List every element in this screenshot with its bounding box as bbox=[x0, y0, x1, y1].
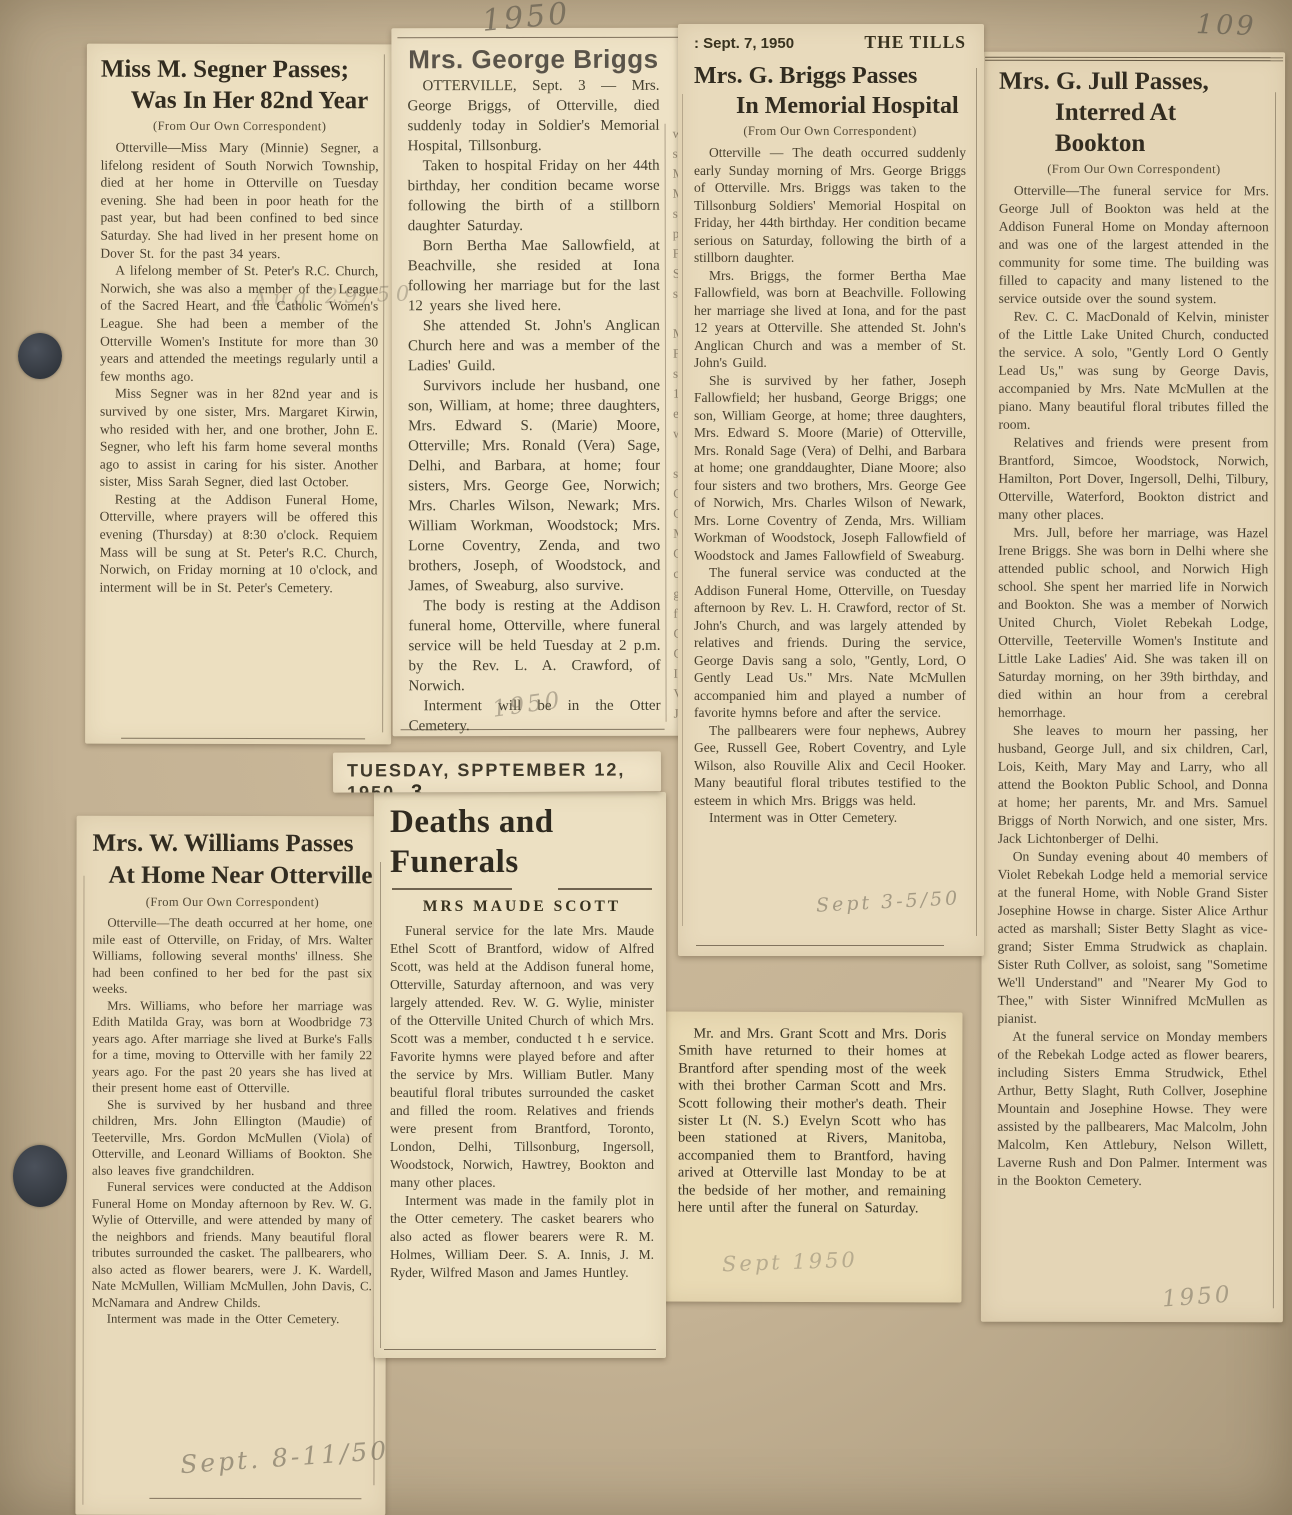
strip-page-number: 3 bbox=[411, 781, 422, 792]
segner-paragraph: Otterville—Miss Mary (Minnie) Segner, a … bbox=[100, 139, 378, 263]
segner-headline: Miss M. Segner Passes; Was In Her 82nd Y… bbox=[101, 54, 379, 117]
maude-scott-paragraph: Funeral service for the late Mrs. Maude … bbox=[390, 922, 654, 1192]
jull-byline: (From Our Own Correspondent) bbox=[999, 162, 1269, 177]
grant-scott-paragraph: Mr. and Mrs. Grant Scott and Mrs. Doris … bbox=[678, 1026, 947, 1218]
clipping-briggs-passes-obituary: : Sept. 7, 1950 THE TILLS Mrs. G. Briggs… bbox=[678, 24, 984, 956]
jull-paragraph: Relatives and friends were present from … bbox=[998, 434, 1268, 524]
george-briggs-paragraph: Born Bertha Mae Sallowfield, at Beachvil… bbox=[408, 236, 660, 316]
segner-paragraph: Resting at the Addison Funeral Home, Ott… bbox=[99, 491, 377, 597]
briggs-passes-paragraph: She is survived by her father, Joseph Fa… bbox=[694, 372, 966, 565]
segner-paragraph: A lifelong member of St. Peter's R.C. Ch… bbox=[100, 262, 378, 386]
clipping-deaths-and-funerals: Deaths and Funerals MRS MAUDE SCOTT Fune… bbox=[374, 792, 666, 1358]
maude-scott-body: Funeral service for the late Mrs. Maude … bbox=[390, 922, 654, 1282]
clipping-top-double-rule bbox=[985, 57, 1283, 62]
george-briggs-paragraph: OTTERVILLE, Sept. 3 — Mrs. George Briggs… bbox=[407, 76, 659, 156]
segner-paragraph: Miss Segner was in her 82nd year and is … bbox=[100, 385, 378, 491]
jull-headline-line2: Interred At Bookton bbox=[999, 97, 1269, 159]
briggs-passes-paragraph: The pallbearers were four nephews, Aubre… bbox=[694, 722, 966, 810]
williams-paragraph: Otterville—The death occurred at her hom… bbox=[92, 915, 372, 998]
section-title-underline bbox=[392, 888, 652, 890]
george-briggs-paragraph: The body is resting at the Addison funer… bbox=[408, 596, 660, 696]
clipping-date-strip: TUESDAY, SPPTEMBER 12, 19503 bbox=[333, 751, 661, 792]
underline-segment bbox=[392, 888, 512, 890]
masthead-name: THE TILLS bbox=[864, 32, 966, 53]
jull-paragraph: She leaves to mourn her passing, her hus… bbox=[998, 722, 1268, 848]
briggs-passes-body: Otterville — The death occurred suddenly… bbox=[694, 144, 966, 827]
underline-segment bbox=[558, 888, 652, 890]
column-rule bbox=[1273, 92, 1276, 1308]
briggs-passes-paragraph: Interment was in Otter Cemetery. bbox=[694, 809, 966, 827]
briggs-passes-headline-line2: In Memorial Hospital bbox=[694, 91, 966, 121]
clipping-jull-obituary: Mrs. G. Jull Passes, Interred At Bookton… bbox=[981, 52, 1285, 1323]
williams-paragraph: She is survived by her husband and three… bbox=[92, 1096, 372, 1179]
handwritten-page-number: 109 bbox=[1195, 9, 1257, 42]
williams-paragraph: Mrs. Williams, who before her marriage w… bbox=[92, 997, 372, 1096]
george-briggs-headline: Mrs. George Briggs bbox=[407, 42, 659, 76]
williams-headline: Mrs. W. Williams Passes At Home Near Ott… bbox=[92, 828, 372, 892]
briggs-passes-byline: (From Our Own Correspondent) bbox=[694, 124, 966, 139]
scrapbook-page: Miss M. Segner Passes; Was In Her 82nd Y… bbox=[0, 0, 1292, 1515]
jull-paragraph: Mrs. Jull, before her marriage, was Haze… bbox=[998, 524, 1268, 722]
column-rule bbox=[382, 54, 385, 732]
clipping-williams-obituary: Mrs. W. Williams Passes At Home Near Ott… bbox=[75, 816, 386, 1515]
column-rule bbox=[380, 862, 381, 1348]
jull-paragraph: On Sunday evening about 40 members of Vi… bbox=[997, 848, 1267, 1028]
briggs-passes-paragraph: Otterville — The death occurred suddenly… bbox=[694, 144, 966, 267]
williams-paragraph: Interment was made in the Otter Cemetery… bbox=[92, 1311, 372, 1328]
jull-paragraph: Otterville—The funeral service for Mrs. … bbox=[999, 182, 1269, 308]
clipping-grant-scott-note: Mr. and Mrs. Grant Scott and Mrs. Doris … bbox=[661, 1011, 962, 1302]
maude-scott-heading: MRS MAUDE SCOTT bbox=[390, 898, 654, 916]
clipping-bottom-rule bbox=[384, 1349, 656, 1350]
george-briggs-body: OTTERVILLE, Sept. 3 — Mrs. George Briggs… bbox=[407, 76, 660, 736]
clipping-bottom-rule bbox=[696, 945, 944, 946]
grant-scott-body: Mr. and Mrs. Grant Scott and Mrs. Doris … bbox=[678, 1026, 947, 1218]
column-rule bbox=[682, 94, 683, 926]
clipping-top-rule bbox=[397, 37, 683, 38]
williams-headline-line1: Mrs. W. Williams Passes bbox=[93, 828, 373, 860]
jull-body: Otterville—The funeral service for Mrs. … bbox=[997, 182, 1269, 1190]
newspaper-masthead: : Sept. 7, 1950 THE TILLS bbox=[694, 32, 966, 53]
clipping-bottom-rule bbox=[121, 738, 365, 740]
hole-punch-top bbox=[18, 333, 62, 379]
segner-byline: (From Our Own Correspondent) bbox=[101, 119, 379, 135]
jull-paragraph: At the funeral service on Monday members… bbox=[997, 1028, 1267, 1190]
williams-byline: (From Our Own Correspondent) bbox=[92, 895, 372, 910]
clipping-segner-obituary: Miss M. Segner Passes; Was In Her 82nd Y… bbox=[85, 44, 393, 745]
jull-headline-line1: Mrs. G. Jull Passes, bbox=[999, 66, 1269, 97]
george-briggs-paragraph: Taken to hospital Friday on her 44th bir… bbox=[408, 156, 660, 236]
segner-headline-line2: Was In Her 82nd Year bbox=[101, 85, 379, 117]
masthead-date: : Sept. 7, 1950 bbox=[694, 35, 794, 52]
deaths-funerals-section-title: Deaths and Funerals bbox=[390, 802, 654, 882]
clipping-george-briggs-obituary: Mrs. George Briggs OTTERVILLE, Sept. 3 —… bbox=[391, 28, 690, 737]
williams-paragraph: Funeral services were conducted at the A… bbox=[92, 1179, 372, 1311]
jull-headline: Mrs. G. Jull Passes, Interred At Bookton bbox=[999, 66, 1269, 159]
jull-paragraph: Rev. C. C. MacDonald of Kelvin, minister… bbox=[998, 308, 1268, 434]
briggs-passes-headline-line1: Mrs. G. Briggs Passes bbox=[694, 61, 966, 91]
segner-headline-line1: Miss M. Segner Passes; bbox=[101, 54, 379, 86]
williams-headline-line2: At Home Near Otterville bbox=[92, 860, 372, 892]
maude-scott-paragraph: Interment was made in the family plot in… bbox=[390, 1192, 654, 1282]
george-briggs-paragraph: She attended St. John's Anglican Church … bbox=[408, 316, 660, 376]
williams-body: Otterville—The death occurred at her hom… bbox=[92, 915, 373, 1328]
briggs-passes-paragraph: Mrs. Briggs, the former Bertha Mae Fallo… bbox=[694, 267, 966, 372]
briggs-passes-headline: Mrs. G. Briggs Passes In Memorial Hospit… bbox=[694, 61, 966, 121]
george-briggs-paragraph: Survivors include her husband, one son, … bbox=[408, 376, 660, 596]
hole-punch-bottom bbox=[13, 1145, 67, 1207]
strip-date-text: TUESDAY, SPPTEMBER 12, 1950 bbox=[347, 760, 625, 793]
briggs-passes-paragraph: The funeral service was conducted at the… bbox=[694, 564, 966, 722]
column-rule bbox=[82, 876, 84, 1505]
clipping-bottom-rule bbox=[149, 1498, 361, 1499]
segner-body: Otterville—Miss Mary (Minnie) Segner, a … bbox=[99, 139, 378, 597]
column-rule bbox=[976, 68, 977, 936]
